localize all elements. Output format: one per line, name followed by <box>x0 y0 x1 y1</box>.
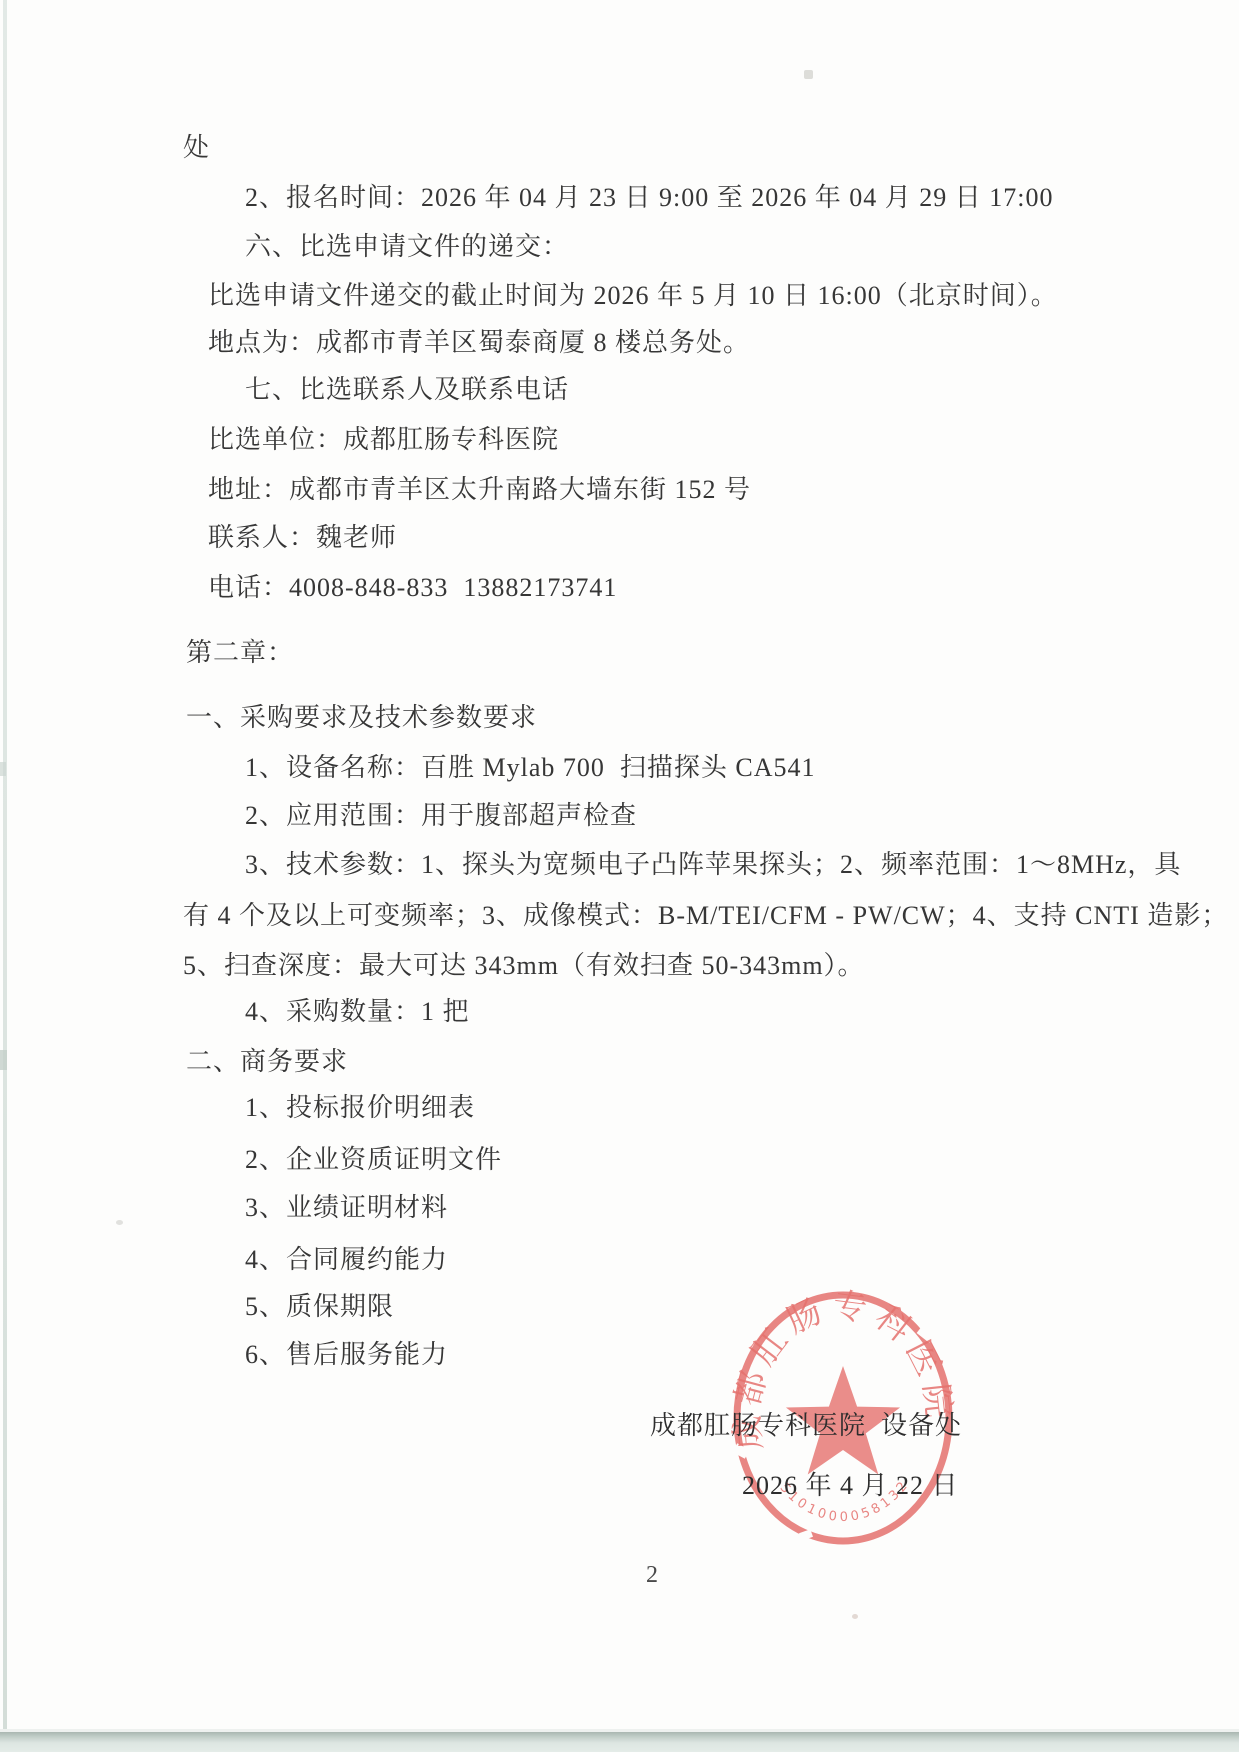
list-item: 5、质保期限 <box>245 1291 394 1323</box>
document-line: 3、技术参数：1、探头为宽频电子凸阵苹果探头；2、频率范围：1～8MHz，具 <box>245 849 1181 881</box>
document-line: 地址：成都市青羊区太升南路大墙东街 152 号 <box>208 474 751 506</box>
list-item: 1、投标报价明细表 <box>245 1092 475 1124</box>
list-item: 6、售后服务能力 <box>245 1339 448 1371</box>
document-line: 电话：4008-848-833 13882173741 <box>208 572 617 604</box>
signature-org-line: 成都肛肠专科医院 设备处 <box>650 1405 962 1442</box>
document-line: 2、应用范围：用于腹部超声检查 <box>245 800 637 832</box>
document-line: 4、采购数量：1 把 <box>245 996 470 1028</box>
scan-artifact-speck <box>852 1614 858 1619</box>
scan-artifact-bottom-band <box>0 1732 1239 1752</box>
document-line: 比选单位：成都肛肠专科医院 <box>208 424 559 456</box>
scan-artifact-edge-dash <box>0 1050 7 1070</box>
signature-date-line: 2026 年 4 月 22 日 <box>742 1465 959 1502</box>
scan-artifact-bottom-shadow <box>0 1729 1239 1732</box>
scan-artifact-speck <box>116 1220 123 1225</box>
document-line: 2、报名时间：2026 年 04 月 23 日 9:00 至 2026 年 04… <box>245 182 1053 214</box>
document-line: 比选申请文件递交的截止时间为 2026 年 5 月 10 日 16:00（北京时… <box>208 280 1058 312</box>
section-heading: 六、比选申请文件的递交： <box>245 231 569 263</box>
section-heading: 七、比选联系人及联系电话 <box>245 374 569 406</box>
list-item: 2、企业资质证明文件 <box>245 1144 502 1176</box>
section-heading: 一、采购要求及技术参数要求 <box>186 702 537 734</box>
document-line: 有 4 个及以上可变频率；3、成像模式：B-M/TEI/CFM - PW/CW；… <box>183 900 1228 932</box>
chapter-heading: 第二章： <box>186 637 294 669</box>
document-line: 5、扫查深度：最大可达 343mm（有效扫查 50-343mm）。 <box>183 950 865 982</box>
section-heading: 二、商务要求 <box>186 1046 348 1078</box>
list-item: 4、合同履约能力 <box>245 1244 448 1276</box>
document-line: 地点为：成都市青羊区蜀泰商厦 8 楼总务处。 <box>208 327 750 359</box>
scanned-document-page: 处 2、报名时间：2026 年 04 月 23 日 9:00 至 2026 年 … <box>0 0 1239 1752</box>
scan-artifact-edge-dash <box>0 762 6 776</box>
scan-artifact-speck <box>804 70 813 79</box>
scan-artifact-left-edge <box>3 0 7 1734</box>
document-line: 处 <box>183 132 210 164</box>
list-item: 3、业绩证明材料 <box>245 1192 448 1224</box>
document-line: 1、设备名称：百胜 Mylab 700 扫描探头 CA541 <box>245 752 816 784</box>
page-number: 2 <box>646 1562 658 1589</box>
document-line: 联系人：魏老师 <box>208 522 397 554</box>
